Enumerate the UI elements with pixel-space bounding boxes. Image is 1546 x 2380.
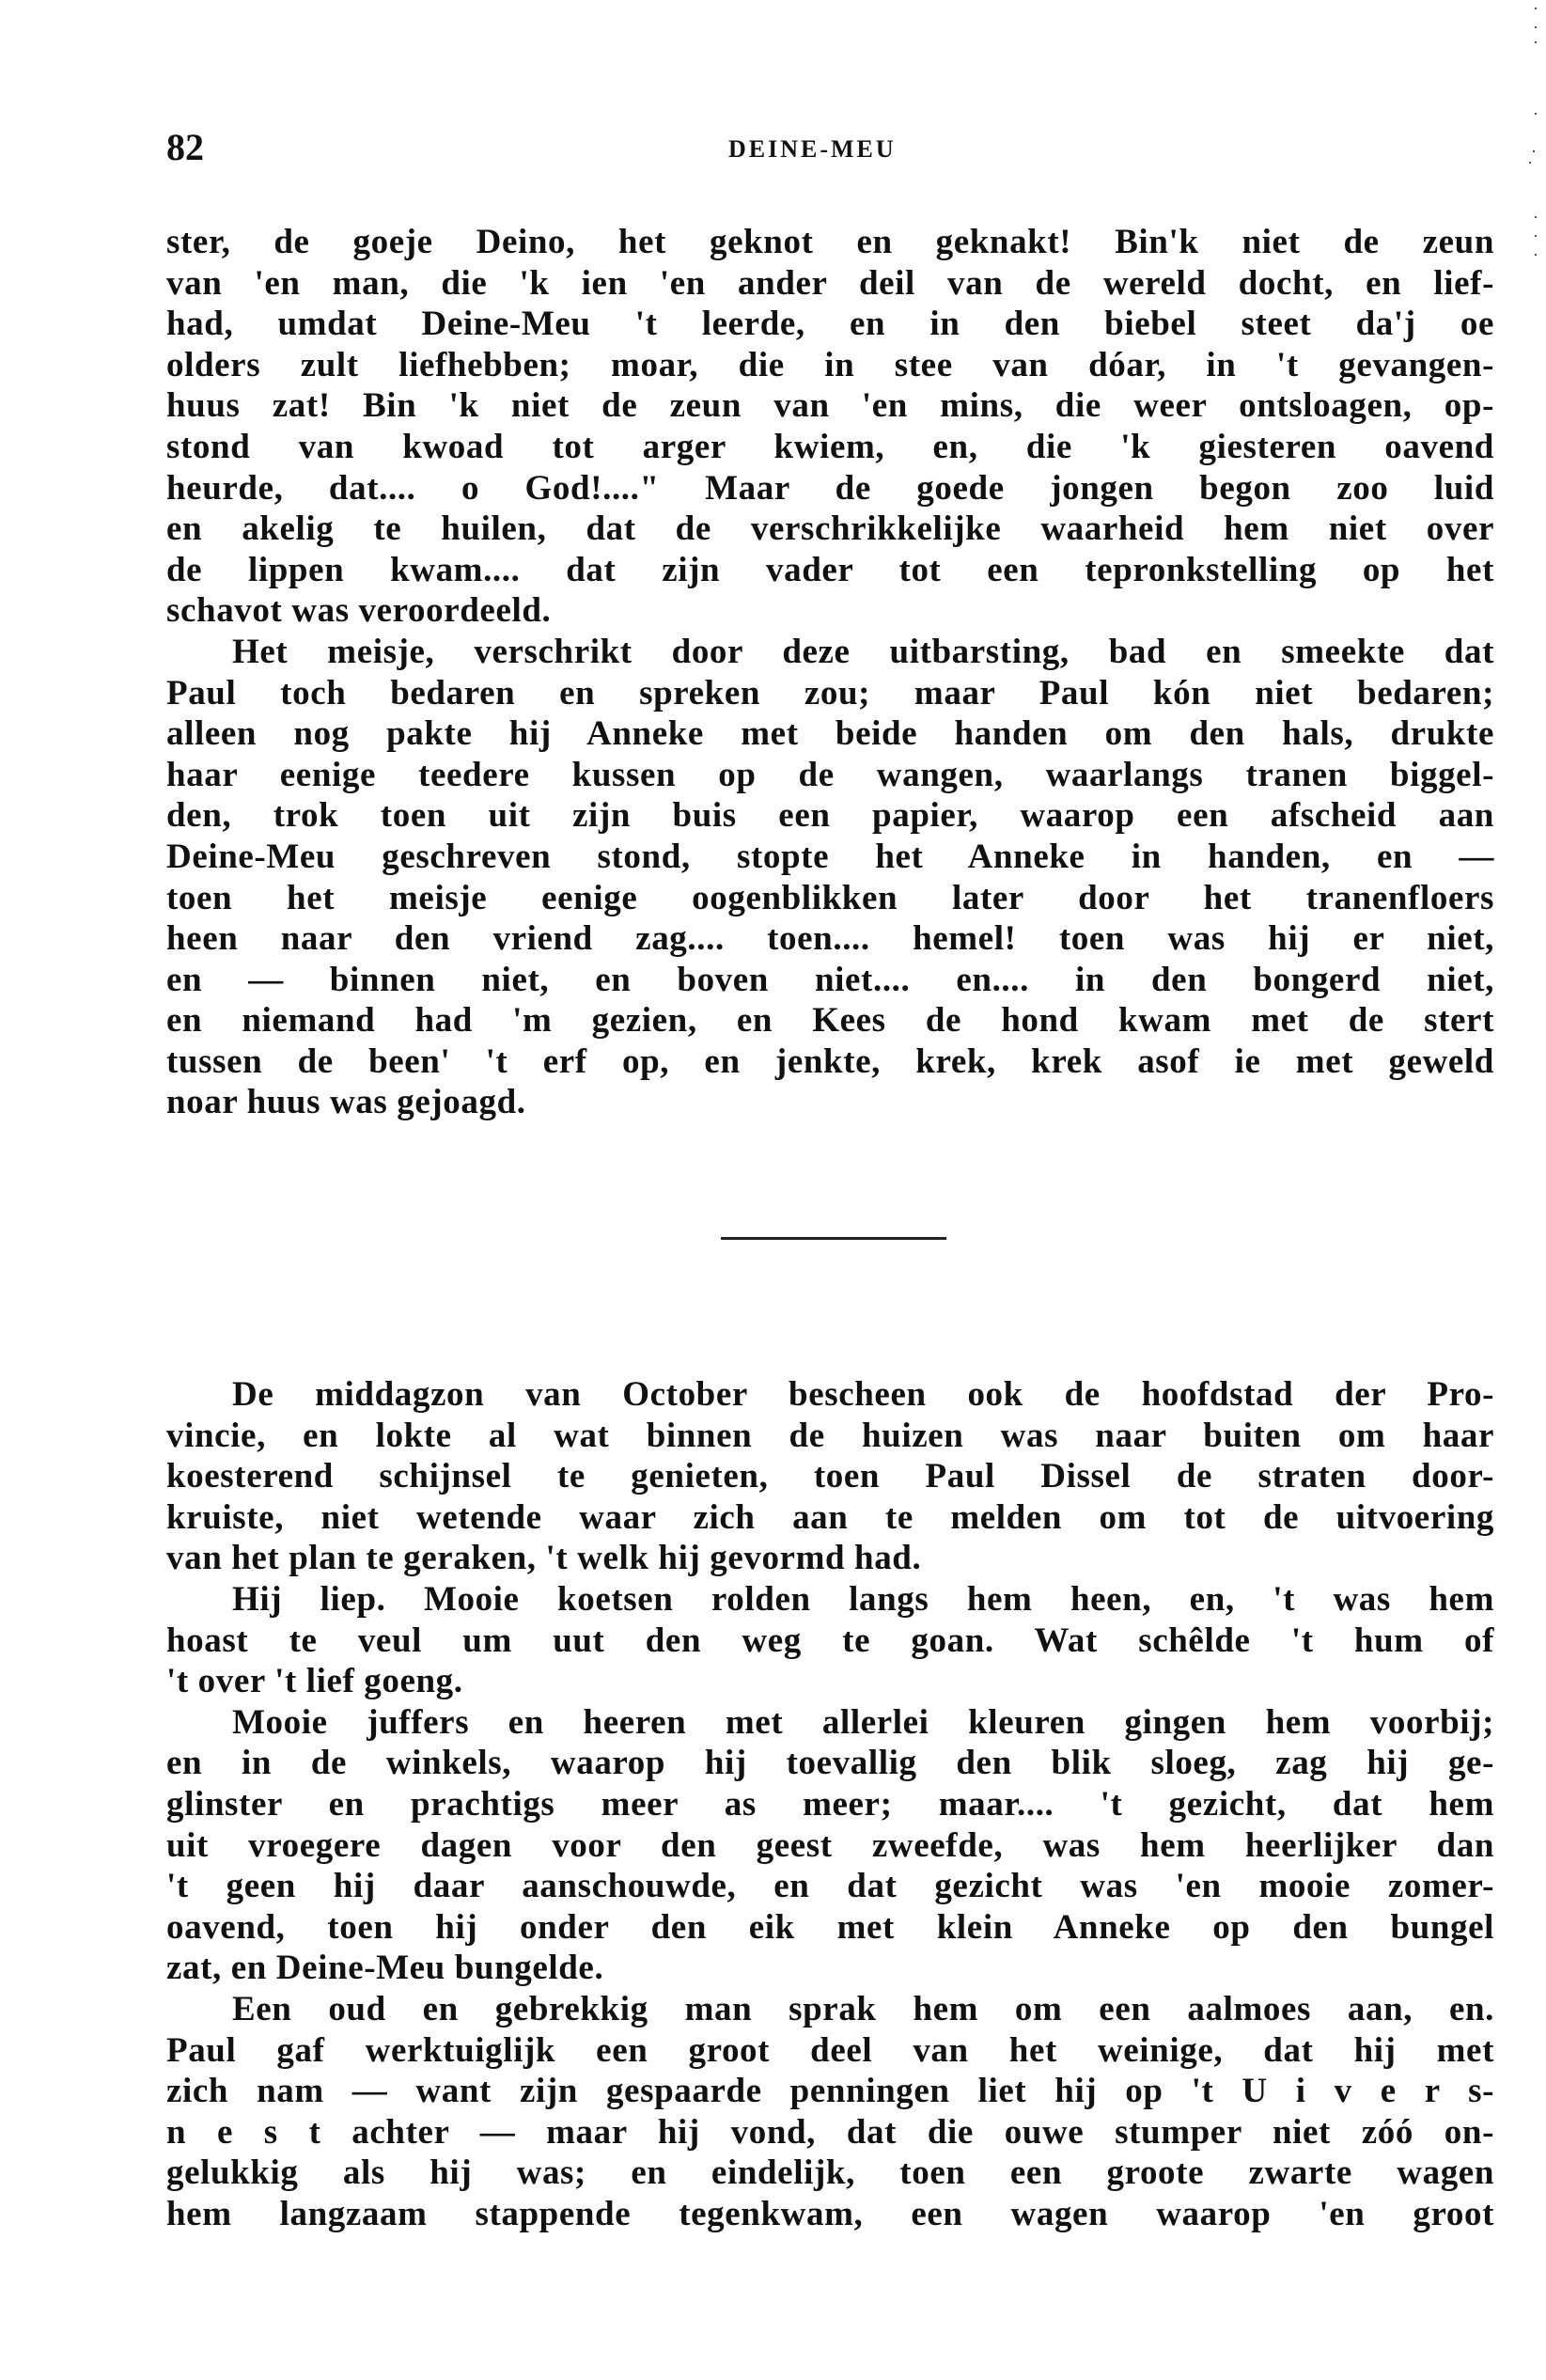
text-line: en niemand had 'm gezien, en Kees de hon… — [166, 1000, 1494, 1041]
running-head: 82 DEINE-MEU — [166, 124, 1494, 171]
text-line: alleen nog pakte hij Anneke met beide ha… — [166, 713, 1494, 755]
text-line: stond van kwoad tot arger kwiem, en, die… — [166, 427, 1494, 468]
text-line: heurde, dat.... o God!...." Maar de goed… — [166, 468, 1494, 509]
text-line: hem langzaam stappende tegenkwam, een wa… — [166, 2194, 1494, 2235]
text-line: Paul toch bedaren en spreken zou; maar P… — [166, 673, 1494, 714]
text-line: Paul gaf werktuiglijk een groot deel van… — [166, 2030, 1494, 2072]
text-block-1: ster, de goeje Deino, het geknot en gekn… — [166, 222, 1494, 1123]
paragraph-first-line: Het meisje, verschrikt door deze uitbars… — [166, 632, 1494, 673]
book-page: 82 DEINE-MEU ster, de goeje Deino, het g… — [0, 0, 1546, 2380]
text-line: zich nam — want zijn gespaarde penningen… — [166, 2071, 1494, 2112]
paragraph-first-line: Een oud en gebrekkig man sprak hem om ee… — [166, 1989, 1494, 2030]
text-line: oavend, toen hij onder den eik met klein… — [166, 1907, 1494, 1949]
text-line: haar eenige teedere kussen op de wangen,… — [166, 755, 1494, 796]
text-line: kruiste, niet wetende waar zich aan te m… — [166, 1497, 1494, 1539]
page-number: 82 — [166, 124, 204, 171]
text-line: de lippen kwam.... dat zijn vader tot ee… — [166, 550, 1494, 591]
text-line: en — binnen niet, en boven niet.... en..… — [166, 960, 1494, 1001]
section-divider — [721, 1237, 946, 1240]
paragraph-first-line: Mooie juffers en heeren met allerlei kle… — [166, 1702, 1494, 1744]
text-block-2: De middagzon van October bescheen ook de… — [166, 1374, 1494, 2234]
text-line: had, umdat Deine-Meu 't leerde, en in de… — [166, 304, 1494, 345]
text-line: zat, en Deine-Meu bungelde. — [166, 1948, 1494, 1989]
text-line: uit vroegere dagen voor den geest zweefd… — [166, 1825, 1494, 1867]
text-line: van het plan te geraken, 't welk hij gev… — [166, 1538, 1494, 1579]
paragraph-first-line: Hij liep. Mooie koetsen rolden langs hem… — [166, 1579, 1494, 1621]
text-line: ster, de goeje Deino, het geknot en gekn… — [166, 222, 1494, 263]
text-line: Deine-Meu geschreven stond, stopte het A… — [166, 837, 1494, 878]
text-line: olders zult liefhebben; moar, die in ste… — [166, 345, 1494, 386]
text-line: huus zat! Bin 'k niet de zeun van 'en mi… — [166, 385, 1494, 427]
text-line: en in de winkels, waarop hij toevallig d… — [166, 1743, 1494, 1784]
scan-margin-specks — [1529, 0, 1546, 376]
text-line: schavot was veroordeeld. — [166, 590, 1494, 632]
text-line: koesterend schijnsel te genieten, toen P… — [166, 1456, 1494, 1497]
text-line: n e s t achter — maar hij vond, dat die … — [166, 2112, 1494, 2153]
text-line: 't geen hij daar aanschouwde, en dat gez… — [166, 1866, 1494, 1907]
text-line: tussen de been' 't erf op, en jenkte, kr… — [166, 1041, 1494, 1083]
paragraph-first-line: De middagzon van October bescheen ook de… — [166, 1374, 1494, 1416]
text-line: heen naar den vriend zag.... toen.... he… — [166, 918, 1494, 960]
text-line: den, trok toen uit zijn buis een papier,… — [166, 795, 1494, 837]
text-line: van 'en man, die 'k ien 'en ander deil v… — [166, 263, 1494, 305]
text-line: hoast te veul um uut den weg te goan. Wa… — [166, 1621, 1494, 1662]
text-line: toen het meisje eenige oogenblikken late… — [166, 878, 1494, 919]
text-line: noar huus was gejoagd. — [166, 1082, 1494, 1123]
running-title: DEINE-MEU — [728, 133, 897, 165]
text-line: vincie, en lokte al wat binnen de huizen… — [166, 1416, 1494, 1457]
text-line: glinster en prachtigs meer as meer; maar… — [166, 1784, 1494, 1825]
text-line: gelukkig als hij was; en eindelijk, toen… — [166, 2153, 1494, 2194]
text-line: 't over 't lief goeng. — [166, 1661, 1494, 1702]
text-line: en akelig te huilen, dat de verschrikkel… — [166, 509, 1494, 550]
